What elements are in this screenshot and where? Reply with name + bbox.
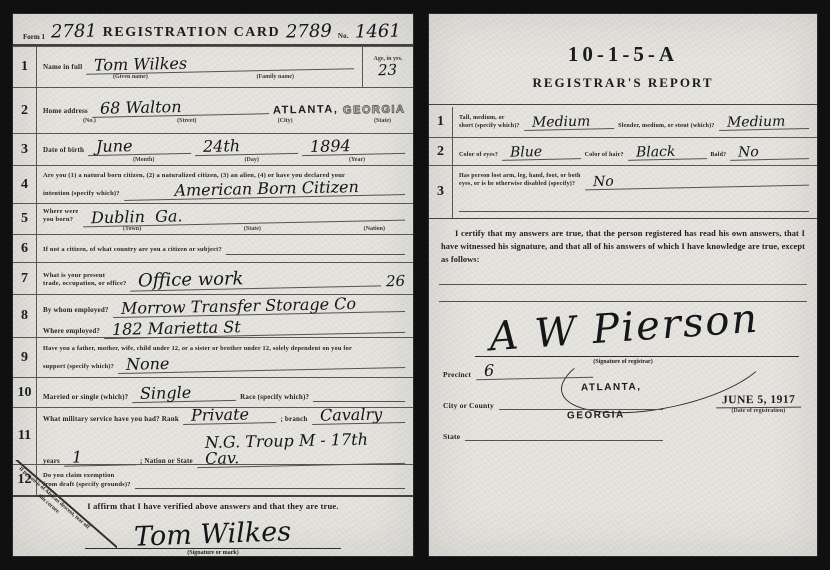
hair-color-value: Black [628,144,707,161]
question-number: 11 [13,408,37,464]
dob-label: Date of birth [43,146,84,155]
occupation-value: Office work [130,267,382,291]
married-single-label: Married or single (which)? [43,393,128,402]
question-3-row: 3 Date of birth June 24th 1894 (Month) (… [13,133,413,165]
occupation-extra-mark: 26 [386,273,405,288]
married-single-value: Single [132,383,236,402]
employer-value: Morrow Transfer Storage Co [112,294,405,317]
day-sublabel: (Day) [245,157,259,163]
precinct-label: Precinct [443,370,471,379]
question-number: 5 [13,204,37,234]
name-field: Name in full Tom Wilkes (Given name) (Fa… [37,47,362,87]
family-name-sublabel: (Family name) [257,74,295,80]
question-number: 6 [13,235,37,262]
military-years-value: 1 [64,448,136,467]
city-county-line: City or County [443,399,663,410]
birthplace-label-line2: you born? [43,216,79,224]
question-number: 8 [13,295,37,337]
employer-label: By whom employed? [43,306,109,315]
hair-color-label: Color of hair? [585,152,624,160]
military-branch-label: ; branch [280,415,307,424]
city-county-label: City or County [443,401,494,410]
no-label: No. [338,32,349,41]
street-sublabel: (Street) [177,118,196,124]
state-label: State [443,432,460,441]
birthplace-label-line1: Where were [43,208,79,216]
alien-citizenship-blank [226,244,405,255]
question-number: 9 [13,338,37,377]
registration-card: Form 1 2781 REGISTRATION CARD 2789 No. 1… [13,14,413,556]
no-sublabel: (No.) [83,118,96,124]
question-12-row: 12 Do you claim exemption from draft (sp… [13,464,413,495]
question-8-row: 8 By whom employed? Morrow Transfer Stor… [13,294,413,337]
signature-or-mark-sublabel: (Signature or mark) [187,550,238,556]
precinct-value: 6 [476,361,593,380]
month-sublabel: (Month) [133,157,154,163]
state-stamp-outline: GEORGIA [342,103,405,116]
given-name-sublabel: (Given name) [113,74,148,80]
question-1-row: 1 Name in full Tom Wilkes (Given name) (… [13,46,413,87]
question-2-row: 2 Home address 68 Walton ATLANTA, GEORGI… [13,87,413,133]
question-number: 10 [13,378,37,407]
registrar-signature-line [475,356,799,357]
build-field: Tall, medium, or short (specify which)? … [453,107,817,137]
race-blank [313,391,405,402]
dependents-answer: None [118,351,405,374]
birthplace-value: Dublin Ga. [82,204,405,228]
form-number-label: Form 1 [23,33,45,41]
date-of-registration-sublabel: (Date of registration) [716,408,801,414]
year-sublabel: (Year) [349,157,365,163]
question-number: 2 [13,88,37,133]
citizenship-answer: American Born Citizen [124,178,406,201]
eyes-hair-field: Color of eyes? Blue Color of hair? Black… [453,138,817,165]
registrar-signature-area: A W Pierson (Signature of registrar) [429,302,817,394]
state-line: State [443,430,663,441]
disability-label-line1: Has person lost arm, leg, hand, foot, or… [459,173,581,181]
military-rank-value: Private [183,406,277,425]
military-branch-value: Cavalry [311,406,405,425]
question-number: 7 [13,263,37,294]
home-address-label: Home address [43,107,88,116]
question-11-row: 11 What military service have you had? R… [13,407,413,464]
report-code: 10-1-5-A [429,42,817,67]
military-service-field: What military service have you had? Rank… [37,408,413,464]
report-header: 10-1-5-A REGISTRAR'S REPORT [429,14,817,91]
bald-value: No [730,144,809,161]
question-number: 12 [13,465,37,495]
exemption-blank [135,478,405,489]
name-label: Name in full [43,63,82,72]
alien-citizenship-label: If not a citizen, of what country are yo… [43,246,222,254]
build-label: Slender, medium, or stout (which)? [618,123,714,131]
age-box: Age, in yrs. 23 [362,47,413,87]
registration-date-stamp: JUNE 5, 1917 [716,394,802,409]
city-stamp: ATLANTA, [273,103,339,116]
alien-citizenship-field: If not a citizen, of what country are yo… [37,235,413,262]
report-question-2-row: 2 Color of eyes? Blue Color of hair? Bla… [429,137,817,165]
question-number: 3 [13,134,37,165]
dependents-question-line2: support (specify which)? [43,363,114,371]
dob-day-value: 24th [195,136,298,155]
employer-field: By whom employed? Morrow Transfer Storag… [37,295,413,337]
question-6-row: 6 If not a citizen, of what country are … [13,234,413,262]
report-question-3-row: 3 Has person lost arm, leg, hand, foot, … [429,165,817,218]
height-value: Medium [524,114,615,131]
date-of-birth-field: Date of birth June 24th 1894 (Month) (Da… [37,134,413,165]
military-rank-label: What military service have you had? Rank [43,415,179,424]
card-number-handwritten: 1461 [355,23,401,42]
question-7-row: 7 What is your present trade, occupation… [13,262,413,294]
registrant-signature-block: Tom Wilkes (Signature or mark) [13,513,413,556]
disability-value: No [584,171,809,191]
state-stamp: GEORGIA [567,409,625,421]
birthplace-field: Where were you born? Dublin Ga. (Town) (… [37,204,413,234]
affirmation-statement: I affirm that I have verified above answ… [13,495,413,513]
occupation-label-line1: What is your present [43,272,126,280]
state-blank [465,430,663,441]
card-header: Form 1 2781 REGISTRATION CARD 2789 No. 1… [13,14,413,46]
question-9-row: 9 Have you a father, mother, wife, child… [13,337,413,377]
dependents-field: Have you a father, mother, wife, child u… [37,338,413,377]
build-value: Medium [718,114,809,131]
home-address-value: 68 Walton [92,97,270,118]
registrars-report-card: 10-1-5-A REGISTRAR'S REPORT 1 Tall, medi… [429,14,817,556]
blank-line [439,278,807,285]
city-stamp: ATLANTA, [581,381,642,393]
question-5-row: 5 Where were you born? Dublin Ga. (Town)… [13,203,413,234]
occupation-field: What is your present trade, occupation, … [37,263,413,294]
dob-year-value: 1894 [302,136,405,155]
citizenship-question-line2: intention (specify which)? [43,190,120,198]
work-location-value: 182 Marietta St [104,315,405,338]
question-number: 4 [13,166,37,203]
scanned-draft-card: Form 1 2781 REGISTRATION CARD 2789 No. 1… [0,0,830,570]
disability-extra-blank [459,201,809,212]
nation-sublabel: (Nation) [364,226,385,232]
work-location-label: Where employed? [43,327,100,336]
exemption-field: Do you claim exemption from draft (speci… [37,465,413,495]
exemption-label-line2: from draft (specify grounds)? [43,481,131,489]
certification-statement: I certify that my answers are true, that… [429,218,817,268]
marital-race-field: Married or single (which)? Single Race (… [37,378,413,407]
citizenship-field: Are you (1) a natural born citizen, (2) … [37,166,413,203]
question-number: 1 [429,107,453,137]
bald-label: Bald? [710,152,726,160]
registration-date-box: JUNE 5, 1917 (Date of registration) [716,394,801,414]
question-number: 2 [429,138,453,165]
name-value: Tom Wilkes [86,52,354,75]
disability-label-line2: eyes, or is he otherwise disabled (speci… [459,181,581,189]
age-value: 23 [378,63,397,78]
exemption-label-line1: Do you claim exemption [43,472,131,480]
military-nation-value: N.G. Troup M - 17th Cav. [196,431,405,468]
town-sublabel: (Town) [123,226,141,232]
city-county-blank [499,399,663,410]
eye-color-label: Color of eyes? [459,152,498,160]
height-label-line2: short (specify which)? [459,123,520,131]
question-4-row: 4 Are you (1) a natural born citizen, (2… [13,165,413,203]
question-number: 3 [429,166,453,218]
disability-field: Has person lost arm, leg, hand, foot, or… [453,166,817,218]
question-number: 1 [13,47,37,87]
state-sublabel: (State) [244,226,261,232]
registrant-signature: Tom Wilkes [134,518,292,550]
precinct-line: Precinct 6 [443,362,593,379]
serial-number-handwritten: 2781 [51,23,97,42]
occupation-label-line2: trade, occupation, or office? [43,280,126,288]
home-address-field: Home address 68 Walton ATLANTA, GEORGIA … [37,88,413,133]
dob-month-value: June [88,136,191,155]
card-title: REGISTRATION CARD [103,25,280,41]
report-title: REGISTRAR'S REPORT [429,75,817,91]
report-question-1-row: 1 Tall, medium, or short (specify which)… [429,107,817,137]
question-10-row: 10 Married or single (which)? Single Rac… [13,377,413,407]
race-label: Race (specify which)? [240,393,309,402]
height-label-line1: Tall, medium, or [459,115,520,123]
stamp-number-handwritten: 2789 [286,23,332,42]
city-sublabel: (City) [278,118,293,124]
eye-color-value: Blue [502,144,581,161]
state-sublabel: (State) [374,118,391,124]
